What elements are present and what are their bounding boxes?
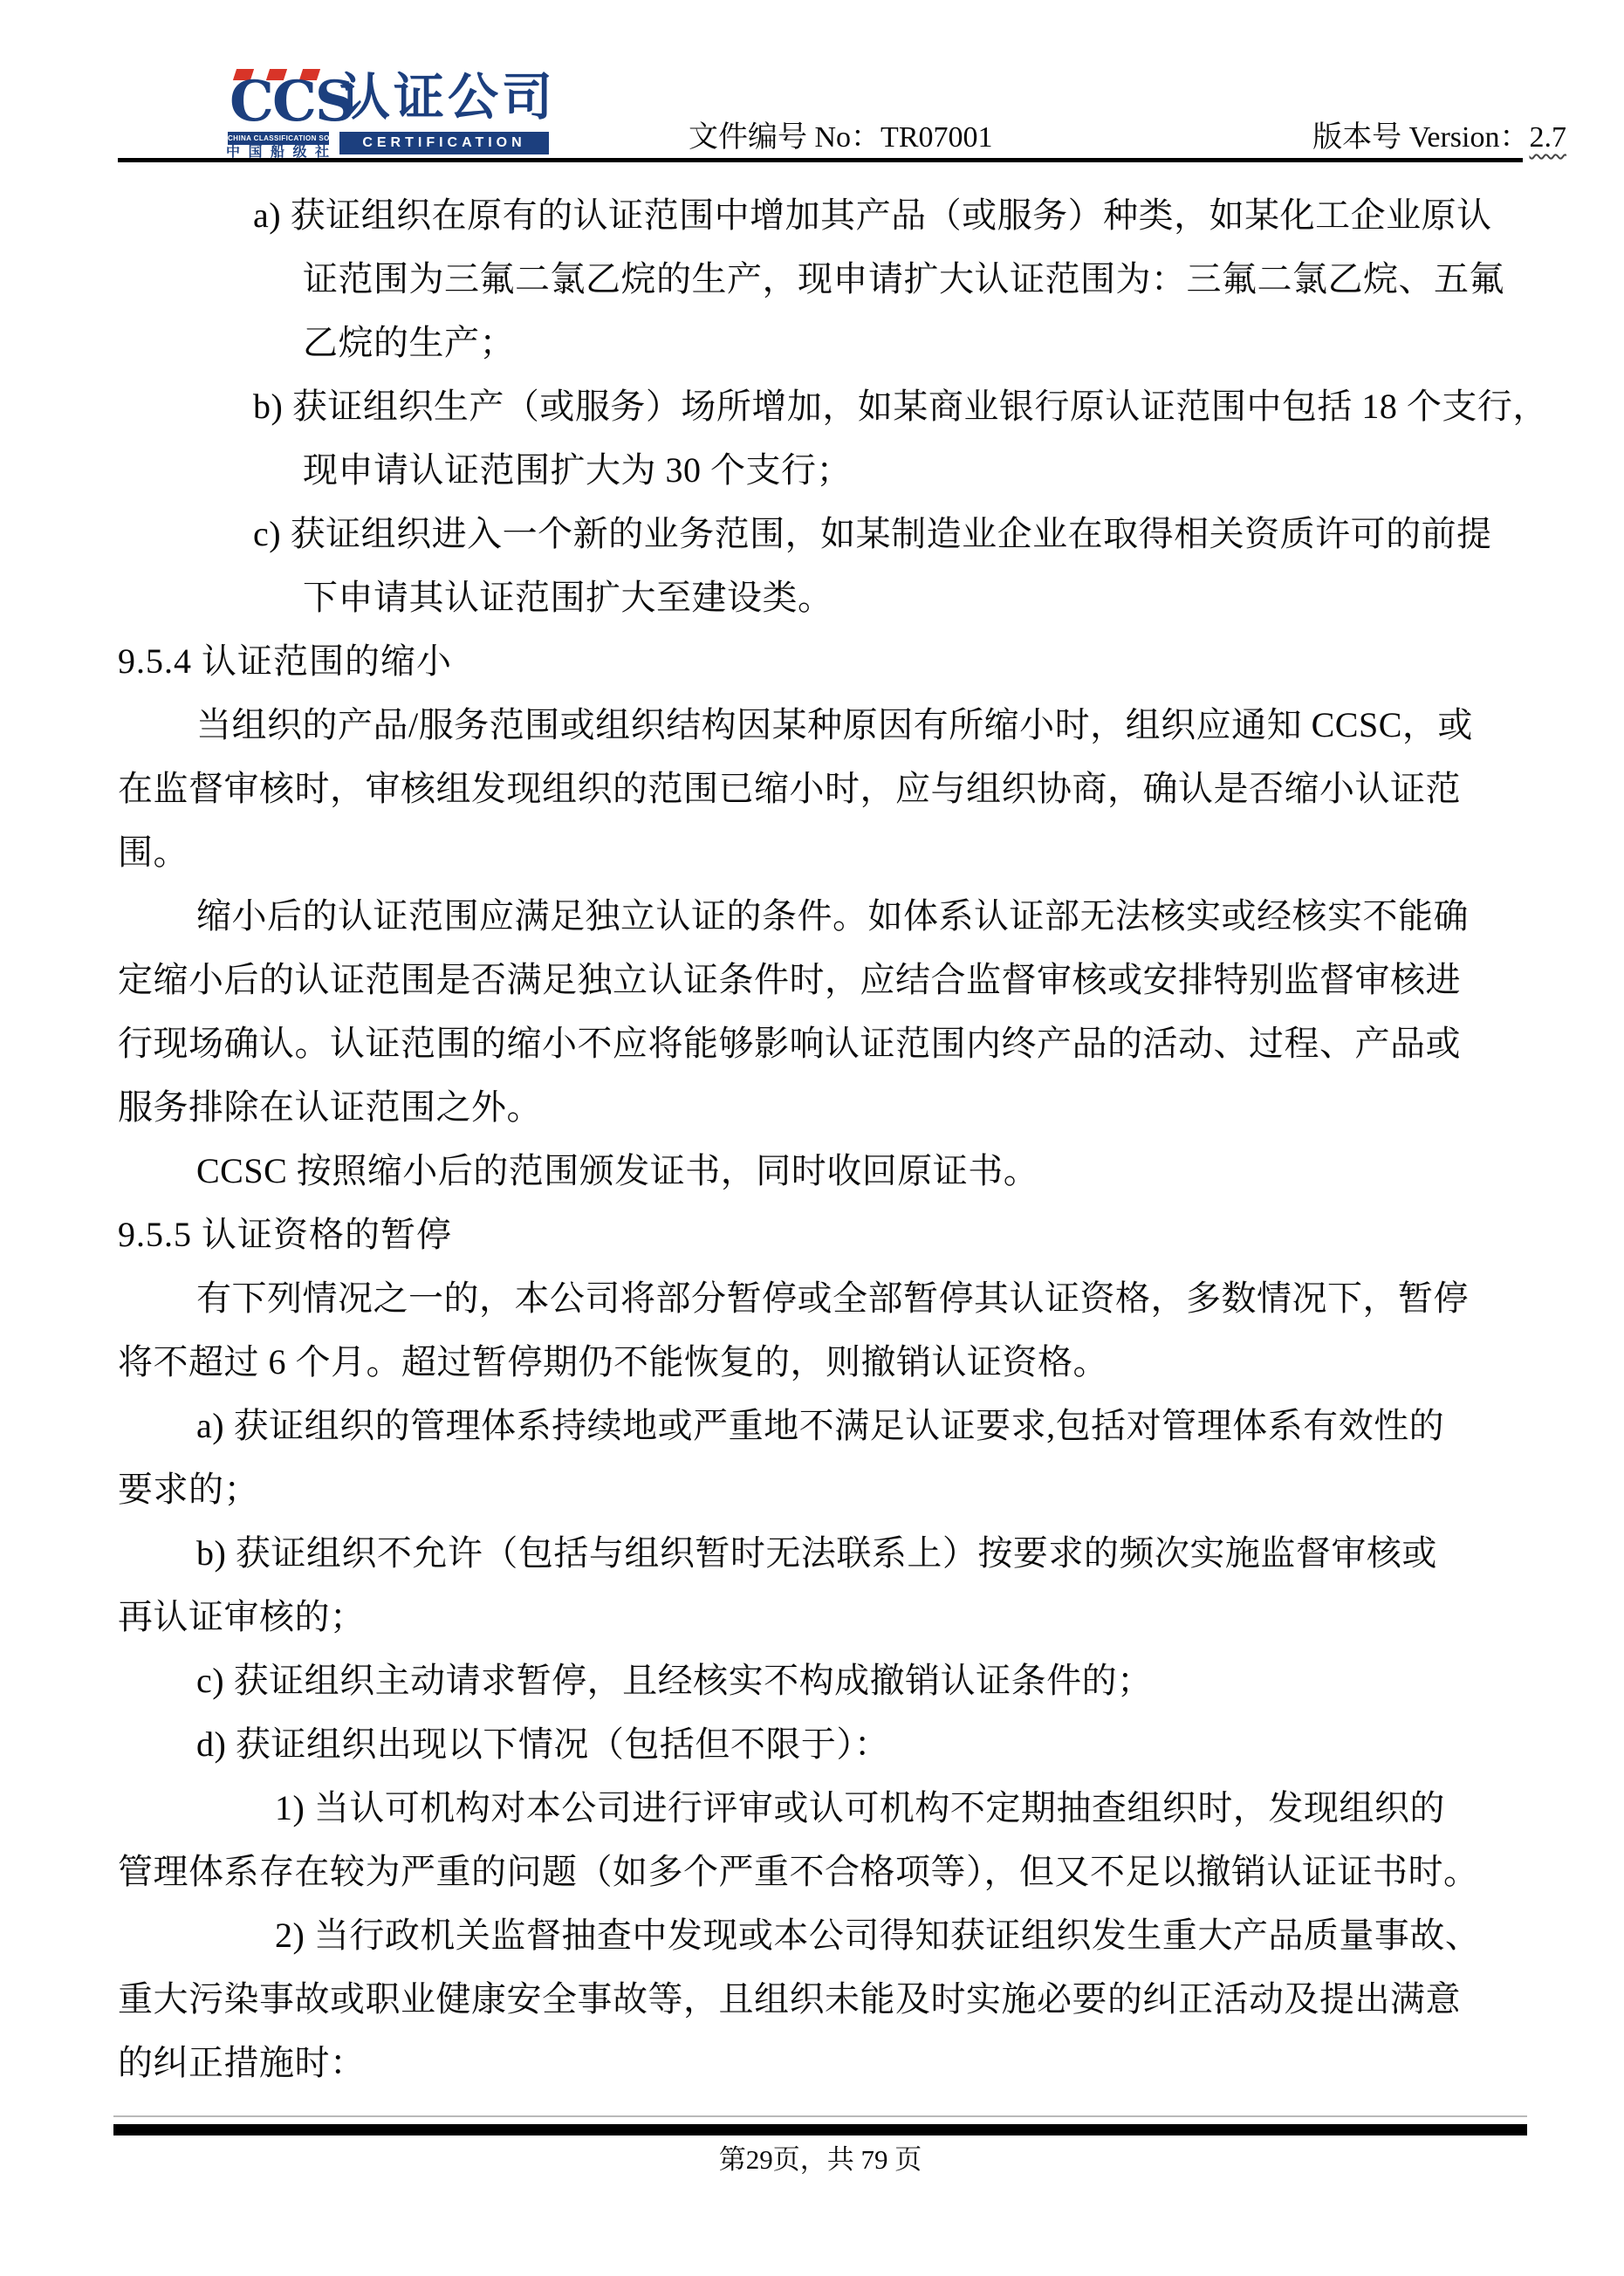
list-955-b-line2: 再认证审核的； (118, 1585, 1531, 1649)
list-955-a-line1: a) 获证组织的管理体系持续地或严重地不满足认证要求,包括对管理体系有效性的 (196, 1394, 1531, 1457)
certification-en: CERTIFICATION (339, 132, 549, 154)
section-heading-954: 9.5.4 认证范围的缩小 (118, 629, 1531, 693)
list-955-b-line1: b) 获证组织不允许（包括与组织暂时无法联系上）按要求的频次实施监督审核或 (196, 1521, 1531, 1585)
version-label: 版本号 Version： (1312, 121, 1529, 154)
section-heading-955: 9.5.5 认证资格的暂停 (118, 1203, 1531, 1266)
header-divider (118, 158, 1523, 162)
para-954-2-line1: 缩小后的认证范围应满足独立认证的条件。如体系认证部无法核实或经核实不能确 (196, 884, 1531, 948)
para-954-1-line3: 围。 (118, 820, 1531, 884)
sublist-d1-line1: 1) 当认可机构对本公司进行评审或认可机构不定期抽查组织时，发现组织的 (275, 1776, 1531, 1840)
list-item-c-line2: 下申请其认证范围扩大至建设类。 (303, 566, 1531, 629)
list-item-b-line1: b) 获证组织生产（或服务）场所增加，如某商业银行原认证范围中包括 18 个支行… (253, 374, 1531, 438)
ccs-logo-right: 认证公司 CERTIFICATION (339, 55, 552, 160)
version-value: 2.7 (1530, 121, 1567, 154)
document-body: a) 获证组织在原有的认证范围中增加其产品（或服务）种类，如某化工企业原认 证范… (118, 183, 1531, 2094)
para-954-2-line4: 服务排除在认证范围之外。 (118, 1075, 1531, 1139)
ccs-society-en: CHINA CLASSIFICATION SOCIETY (228, 132, 329, 145)
list-955-d: d) 获证组织出现以下情况（包括但不限于）： (196, 1712, 1531, 1776)
sublist-d2-line2: 重大污染事故或职业健康安全事故等，且组织未能及时实施必要的纠正活动及提出满意 (118, 1967, 1531, 2031)
list-item-a-line2: 证范围为三氟二氯乙烷的生产，现申请扩大认证范围为：三氟二氯乙烷、五氟 (303, 247, 1531, 311)
list-item-a-line3: 乙烷的生产； (303, 311, 1531, 374)
para-954-3: CCSC 按照缩小后的范围颁发证书，同时收回原证书。 (196, 1139, 1531, 1203)
footer-thick-divider (113, 2124, 1527, 2135)
para-955-1-line2: 将不超过 6 个月。超过暂停期仍不能恢复的，则撤销认证资格。 (118, 1330, 1531, 1394)
footer-thin-divider (113, 2115, 1527, 2117)
list-955-c: c) 获证组织主动请求暂停，且经核实不构成撤销认证条件的； (196, 1649, 1531, 1712)
ccs-logo-left: CCS CHINA CLASSIFICATION SOCIETY 中 国 船 级… (230, 55, 327, 160)
document-page: CCS CHINA CLASSIFICATION SOCIETY 中 国 船 级… (0, 0, 1624, 2276)
sublist-d2-line3: 的纠正措施时： (118, 2031, 1531, 2094)
ccs-logo-text: CCS (230, 74, 353, 130)
list-item-a-line1: a) 获证组织在原有的认证范围中增加其产品（或服务）种类，如某化工企业原认 (253, 183, 1531, 247)
list-item-b-line2: 现申请认证范围扩大为 30 个支行； (303, 438, 1531, 502)
para-954-1-line2: 在监督审核时，审核组发现组织的范围已缩小时，应与组织协商，确认是否缩小认证范 (118, 757, 1531, 820)
list-955-a-line2: 要求的； (118, 1457, 1531, 1521)
sublist-d2-line1: 2) 当行政机关监督抽查中发现或本公司得知获证组织发生重大产品质量事故、 (275, 1903, 1531, 1967)
para-954-2-line2: 定缩小后的认证范围是否满足独立认证条件时，应结合监督审核或安排特别监督审核进 (118, 948, 1531, 1011)
para-955-1-line1: 有下列情况之一的，本公司将部分暂停或全部暂停其认证资格，多数情况下，暂停 (196, 1266, 1531, 1330)
page-number: 第29页，共 79 页 (118, 2140, 1523, 2180)
certification-company-cn: 认证公司 (339, 71, 552, 125)
para-954-1-line1: 当组织的产品/服务范围或组织结构因某种原因有所缩小时，组织应通知 CCSC，或 (196, 693, 1531, 757)
document-number: 文件编号 No：TR07001 (689, 116, 993, 160)
page-header: CCS CHINA CLASSIFICATION SOCIETY 中 国 船 级… (118, 48, 1523, 160)
sublist-d1-line2: 管理体系存在较为严重的问题（如多个严重不合格项等），但又不足以撤销认证证书时。 (118, 1840, 1531, 1903)
para-954-2-line3: 行现场确认。认证范围的缩小不应将能够影响认证范围内终产品的活动、过程、产品或 (118, 1011, 1531, 1075)
ccs-logo: CCS CHINA CLASSIFICATION SOCIETY 中 国 船 级… (230, 55, 657, 160)
version-field: 版本号 Version：2.7 (1312, 116, 1566, 160)
list-item-c-line1: c) 获证组织进入一个新的业务范围，如某制造业企业在取得相关资质许可的前提 (253, 502, 1531, 566)
document-identifiers: 文件编号 No：TR07001 版本号 Version：2.7 (685, 116, 1566, 160)
